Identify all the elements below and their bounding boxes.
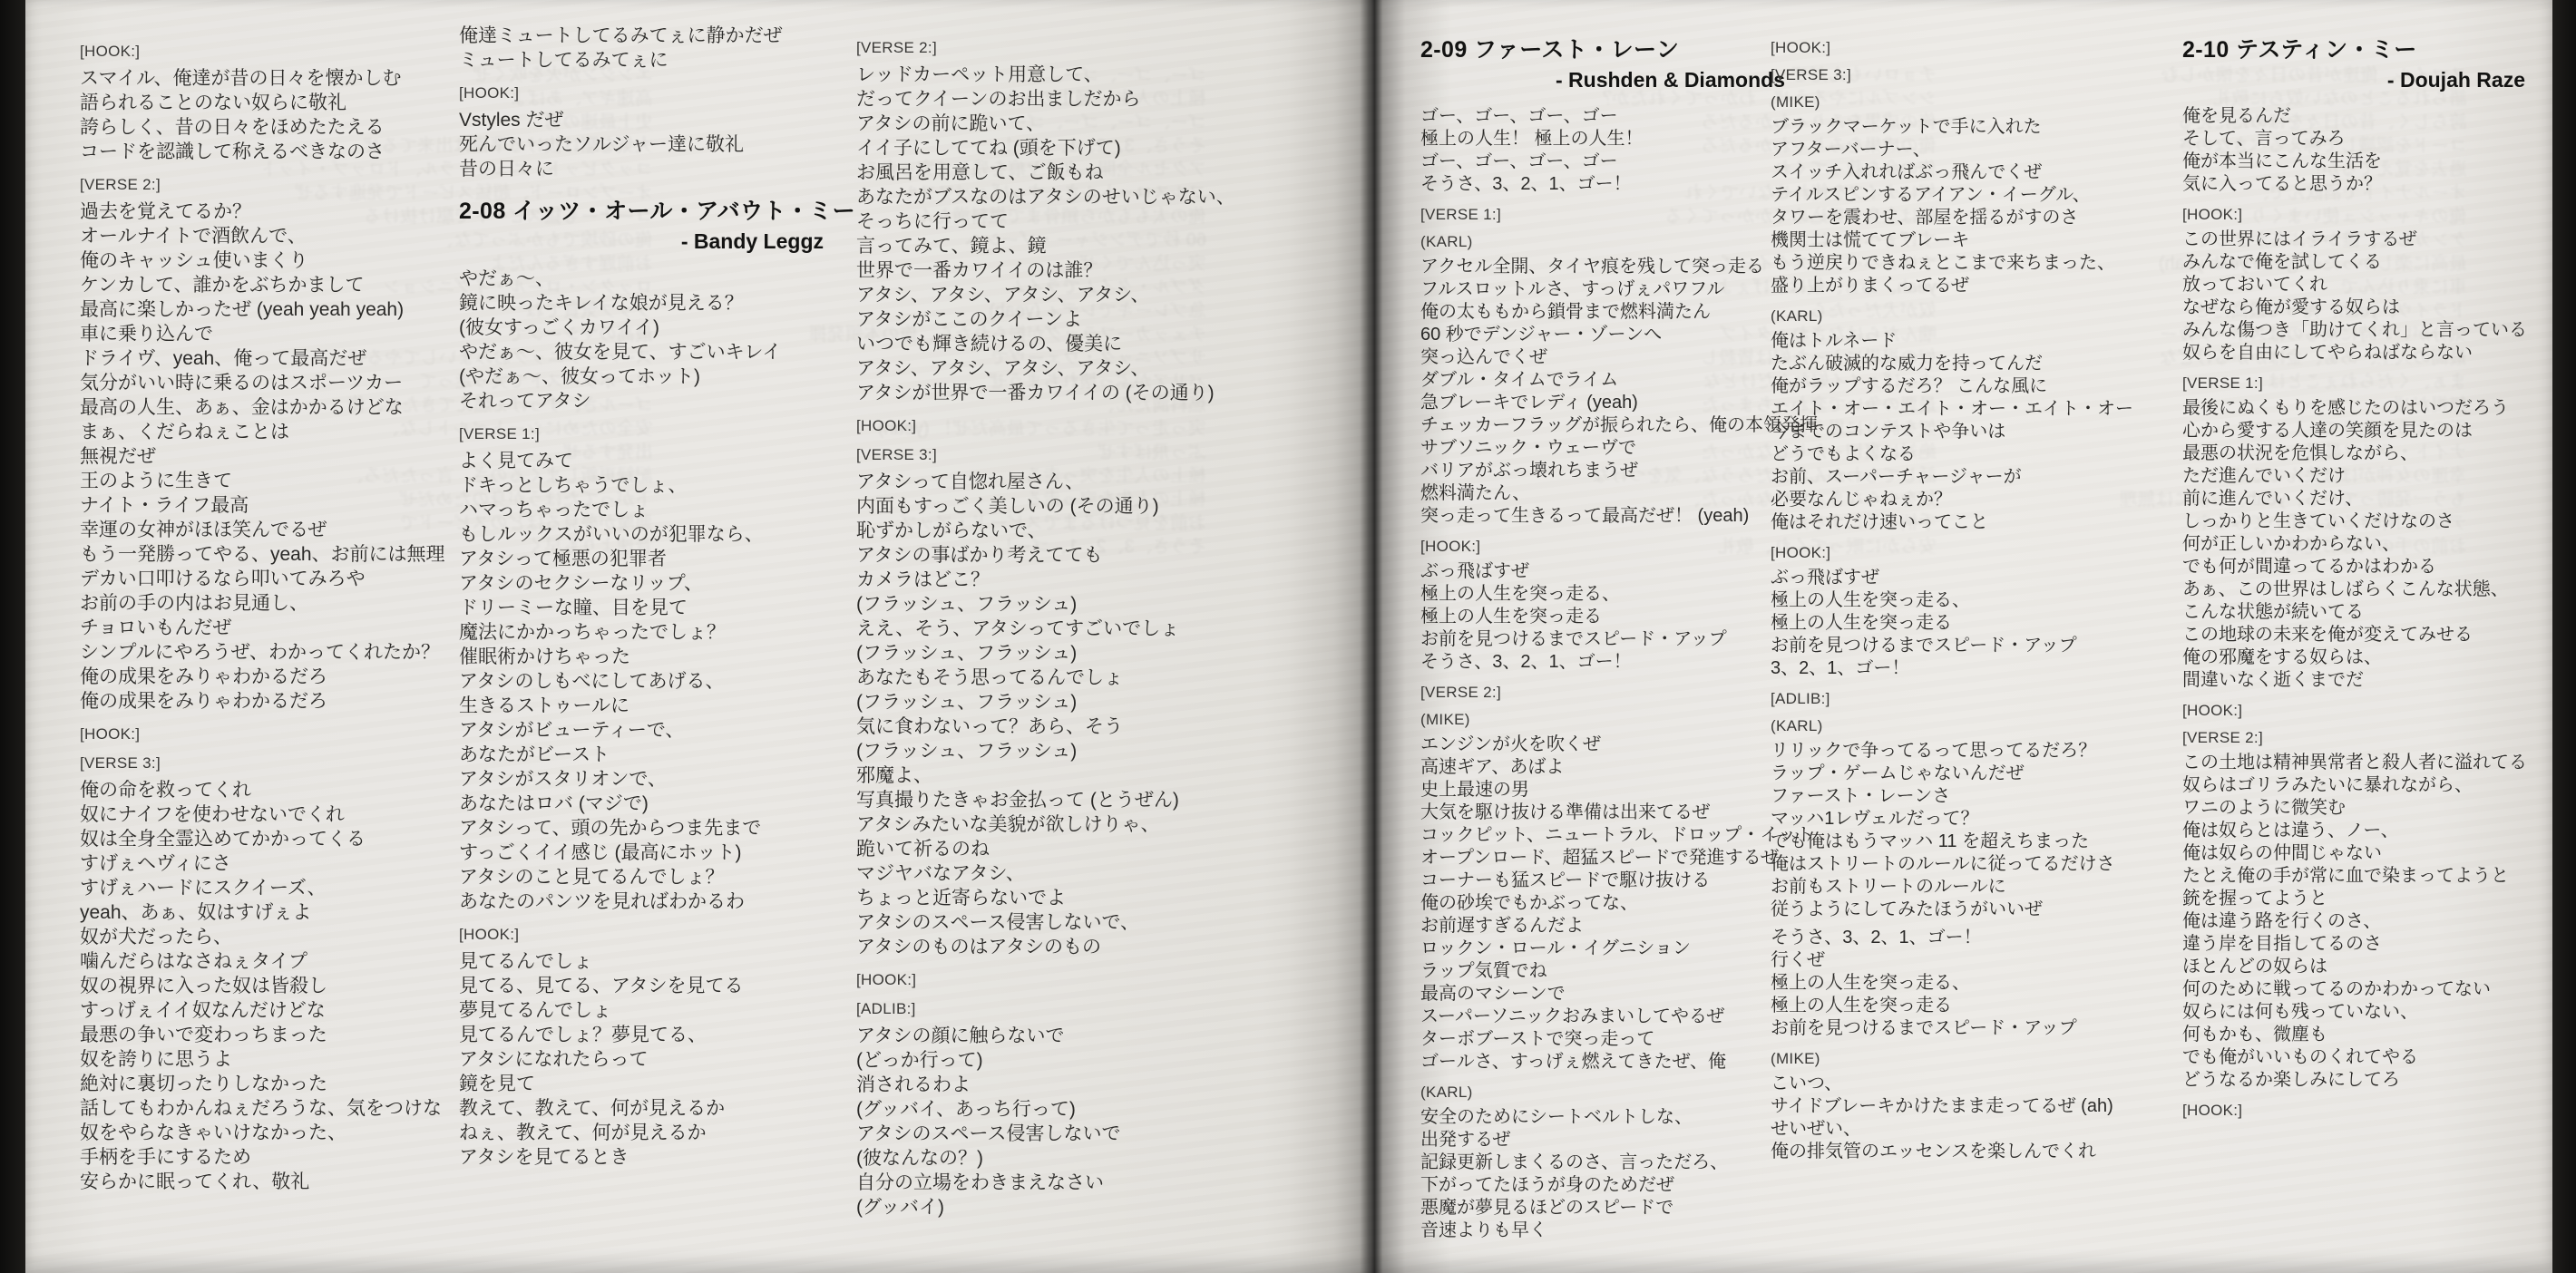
lyric-line: ターボブーストで突っ走って: [1420, 1028, 1816, 1051]
section-label: (MIKE): [1771, 1050, 2157, 1067]
lyric-line: 何もかも、微塵も: [2182, 1024, 2556, 1046]
lyric-line: 夢見てるんでしょ: [459, 998, 854, 1023]
lyric-block: エンジンが火を吹くぜ高速ギア、あばよ史上最速の男大気を駆け抜ける準備は出来てるぜ…: [1420, 734, 1816, 1074]
lyric-line: あなたがビースト: [459, 743, 854, 767]
lyric-line: 恥ずかしがらないで、: [856, 519, 1286, 543]
lyric-line: マジヤバなアタシ、: [856, 861, 1286, 886]
lyric-line: 3、2、1、ゴー！: [1771, 657, 2157, 680]
lyric-line: yeah、あぁ、奴はすげぇよ: [80, 900, 472, 925]
lyric-line: そうさ、3、2、1、ゴー！: [1420, 651, 1816, 674]
section-label: [HOOK:]: [80, 43, 472, 60]
lyric-line: すげぇハードにスクイーズ、: [80, 876, 472, 900]
lyric-line: アタシの事ばかり考えてても: [856, 543, 1286, 568]
lyric-line: 世界で一番カワイイのは誰？: [856, 258, 1286, 283]
section-label: [HOOK:]: [80, 725, 472, 743]
section-label: [HOOK:]: [856, 417, 1286, 434]
section-label: [ADLIB:]: [856, 1000, 1286, 1017]
lyric-block: アクセル全開、タイヤ痕を残して突っ走るフルスロットルさ、すっげぇパワフル俺の太も…: [1420, 256, 1816, 528]
lyric-line: Vstyles だぜ: [459, 108, 854, 132]
lyric-line: あぁ、この世界はしばらくこんな状態、: [2182, 578, 2556, 601]
lyric-line: 極上の人生を突っ走る、: [1771, 972, 2157, 995]
lyric-line: どうでもよくなる: [1771, 443, 2157, 466]
lyric-line: スマイル、俺達が昔の日々を懐かしむ: [80, 66, 472, 91]
lyric-line: アタシがビューティーで、: [459, 718, 854, 743]
lyric-line: 最悪の争いで変わっちまった: [80, 1023, 472, 1047]
lyric-line: オープンロード、超猛スピードで発進するぜ: [1420, 847, 1816, 870]
lyric-line: 奴を誇りに思うよ: [80, 1047, 472, 1072]
lyric-line: 盛り上がりまくってるぜ: [1771, 275, 2157, 297]
lyric-line: 絶対に裏切ったりしなかった: [80, 1072, 472, 1096]
lyric-line: マッハ1レヴェルだって？: [1771, 808, 2157, 831]
lyric-line: 見てるんでしょ: [459, 949, 854, 974]
track-artist: - Doujah Raze: [2182, 67, 2556, 92]
lyric-line: いつでも輝き続けるの、優美に: [856, 332, 1286, 356]
lyric-line: この土地は精神異常者と殺人者に溢れてる: [2182, 752, 2556, 774]
lyric-block: よく見てみてドキっとしちゃうでしょ、ハマっちゃったでしょもしルックスがいいのが犯…: [459, 449, 854, 914]
lyric-line: あなたがブスなのはアタシのせいじゃない、: [856, 185, 1286, 209]
lyric-line: 従うようにしてみたほうがいいぜ: [1771, 899, 2157, 921]
lyric-line: お風呂を用意して、ご飯もね: [856, 160, 1286, 185]
lyric-line: (どっか行って): [856, 1048, 1286, 1073]
lyric-line: 幸運の女神がほほ笑んでるぜ: [80, 518, 472, 542]
lyric-line: (グッバイ、あっち行って): [856, 1097, 1286, 1122]
lyric-line: ただ進んでいくだけ: [2182, 465, 2556, 488]
lyric-line: アタシのこと見てるんでしょ？: [459, 865, 854, 889]
lyric-line: 俺達ミュートしてるみてぇに静かだぜ: [459, 24, 854, 48]
lyric-line: 音速よりも早く: [1420, 1220, 1816, 1242]
lyric-line: 最高に楽しかったぜ (yeah yeah yeah): [80, 297, 472, 322]
lyric-block: 過去を覚えてるか？オールナイトで酒飲んで、俺のキャッシュ使いまくりケンカして、誰…: [80, 199, 472, 714]
lyric-line: (フラッシュ、フラッシュ): [856, 739, 1286, 763]
lyric-line: 自分の立場をわきまえなさい: [856, 1171, 1286, 1195]
lyric-line: 昔の日々に: [459, 157, 854, 181]
lyric-line: 突っ込んでくぜ: [1420, 346, 1816, 369]
lyric-line: 王のように生きて: [80, 469, 472, 493]
lyric-line: アタシのスペース侵害しないで: [856, 1122, 1286, 1146]
lyric-line: ドリーミーな瞳、目を見て: [459, 596, 854, 620]
lyric-line: お前を見つけるまでスピード・アップ: [1771, 635, 2157, 657]
lyric-line: 俺の砂埃でもかぶってな、: [1420, 892, 1816, 915]
lyric-line: 今までのコンテストや争いは: [1771, 421, 2157, 443]
section-label: [VERSE 2:]: [856, 39, 1286, 56]
lyric-line: アタシのセクシーなリップ、: [459, 571, 854, 596]
lyric-line: ぶっ飛ばすぜ: [1420, 560, 1816, 583]
lyric-line: 俺は違う路を行くのさ、: [2182, 910, 2556, 933]
section-label: [HOOK:]: [1771, 544, 2157, 561]
lyric-line: 俺のキャッシュ使いまくり: [80, 248, 472, 273]
lyric-line: お前、スーパーチャージャーが: [1771, 466, 2157, 489]
lyric-line: レッドカーペット用意して、: [856, 63, 1286, 87]
lyric-line: どうなるか楽しみにしてろ: [2182, 1069, 2556, 1092]
lyrics-column-3: [VERSE 2:]レッドカーペット用意して、だってクイーンのお出ましだからアタ…: [856, 27, 1286, 1225]
lyric-line: ええ、そう、アタシってすごいでしょ: [856, 617, 1286, 641]
lyric-line: なぜなら俺が愛する奴らは: [2182, 296, 2556, 319]
section-label: [ADLIB:]: [1771, 690, 2157, 707]
lyric-line: 噛んだらはなさねぇタイプ: [80, 949, 472, 974]
section-label: [VERSE 3:]: [1771, 66, 2157, 83]
lyric-line: カメラはどこ？: [856, 568, 1286, 592]
lyric-line: しっかりと生きていくだけなのさ: [2182, 510, 2556, 533]
lyric-block: Vstyles だぜ死んでいったソルジャー達に敬礼昔の日々に: [459, 108, 854, 181]
lyric-line: 放っておいてくれ: [2182, 274, 2556, 296]
lyric-line: チョロいもんだぜ: [80, 616, 472, 640]
lyric-line: あなたのパンツを見ればわかるわ: [459, 889, 854, 914]
lyric-line: 邪魔よ、: [856, 763, 1286, 788]
lyric-line: ナイト・ライフ最高: [80, 493, 472, 518]
lyric-line: ロックン・ロール・イグニション: [1420, 938, 1816, 960]
lyric-block: 見てるんでしょ見てる、見てる、アタシを見てる夢見てるんでしょ見てるんでしょ？夢見…: [459, 949, 854, 1170]
lyric-line: アタシって自惚れ屋さん、: [856, 470, 1286, 494]
section-label: [VERSE 2:]: [80, 176, 472, 193]
track-artist: - Bandy Leggz: [459, 228, 854, 254]
lyric-line: テイルスピンするアイアン・イーグル、: [1771, 184, 2157, 207]
lyric-line: サブソニック・ウェーヴで: [1420, 437, 1816, 460]
lyric-line: スイッチ入れればぶっ飛んでくぜ: [1771, 161, 2157, 184]
lyric-line: 間違いなく逝くまでだ: [2182, 669, 2556, 692]
lyric-line: ドキっとしちゃうでしょ、: [459, 473, 854, 498]
lyric-line: 奴にナイフを使わせないでくれ: [80, 802, 472, 827]
lyric-line: 記録更新しまくるのさ、言っただろ、: [1420, 1152, 1816, 1174]
lyric-line: (フラッシュ、フラッシュ): [856, 592, 1286, 617]
lyric-line: だってクイーンのお出ましだから: [856, 87, 1286, 112]
lyric-line: (フラッシュ、フラッシュ): [856, 690, 1286, 714]
lyric-line: 鏡に映ったキレイな娘が見える？: [459, 291, 854, 316]
track-title: 2-08 イッツ・オール・アバウト・ミー: [459, 198, 854, 225]
lyric-line: ねぇ、教えて、何が見えるか: [459, 1121, 854, 1145]
lyric-line: こんな状態が続いてる: [2182, 601, 2556, 624]
lyric-line: 行くぜ: [1771, 949, 2157, 972]
lyric-line: 俺がラップするだろ？ こんな風に: [1771, 375, 2157, 398]
lyric-line: 必要なんじゃねぇか？: [1771, 489, 2157, 511]
lyric-line: 気分がいい時に乗るのはスポーツカー: [80, 371, 472, 395]
lyric-line: 俺は奴らとは違う、ノー、: [2182, 820, 2556, 842]
lyric-line: 気に入ってると思うか？: [2182, 173, 2556, 196]
lyric-line: 極上の人生を突っ走る: [1420, 606, 1816, 628]
lyric-line: まぁ、くだらねぇことは: [80, 420, 472, 444]
lyric-block: 俺の命を救ってくれ奴にナイフを使わせないでくれ奴は全身全霊込めてかかってくるすげ…: [80, 778, 472, 1194]
lyric-line: アタシを見てるとき: [459, 1145, 854, 1170]
lyric-line: (やだぁ〜、彼女ってホット): [459, 364, 854, 389]
lyric-block: 俺を見るんだそして、言ってみろ俺が本当にこんな生活を気に入ってると思うか？: [2182, 105, 2556, 196]
lyric-line: 何が正しいかわからない、: [2182, 533, 2556, 556]
lyric-block: ゴー、ゴー、ゴー、ゴー極上の人生！ 極上の人生！ゴー、ゴー、ゴー、ゴーそうさ、3…: [1420, 105, 1816, 196]
lyric-line: 大気を駆け抜ける準備は出来てるぜ: [1420, 802, 1816, 824]
lyric-line: シンプルにやろうぜ、わかってくれたか？: [80, 640, 472, 665]
lyric-line: 見てる、見てる、アタシを見てる: [459, 974, 854, 998]
lyric-line: ゴー、ゴー、ゴー、ゴー: [1420, 105, 1816, 128]
lyric-line: この地球の未来を俺が変えてみせる: [2182, 624, 2556, 646]
lyric-line: 俺の成果をみりゃわかるだろ: [80, 689, 472, 714]
lyric-line: (フラッシュ、フラッシュ): [856, 641, 1286, 666]
lyric-line: 最後にぬくもりを感じたのはいつだろう: [2182, 397, 2556, 420]
lyric-line: 誇らしく、昔の日々をほめたたえる: [80, 115, 472, 140]
lyric-line: やだぁ〜、彼女を見て、すごいキレイ: [459, 340, 854, 364]
lyric-line: 教えて、教えて、何が見えるか: [459, 1096, 854, 1121]
lyric-line: 消されるわよ: [856, 1073, 1286, 1097]
lyric-line: ゴー、ゴー、ゴー、ゴー: [1420, 151, 1816, 173]
lyric-line: ほとんどの奴らは: [2182, 956, 2556, 978]
lyric-line: たぶん破滅的な威力を持ってんだ: [1771, 353, 2157, 375]
lyric-line: すっごくイイ感じ (最高にホット): [459, 841, 854, 865]
lyric-line: でも何が間違ってるかはわかる: [2182, 556, 2556, 578]
lyric-line: みんなで俺を試してくる: [2182, 251, 2556, 274]
lyric-line: 俺の太ももから鎖骨まで燃料満たん: [1420, 301, 1816, 324]
lyric-line: 極上の人生を突っ走る、: [1771, 589, 2157, 612]
section-label: [VERSE 3:]: [856, 446, 1286, 463]
section-label: (KARL): [1771, 307, 2157, 325]
lyric-line: もう逆戻りできねぇとこまで来ちまった、: [1771, 252, 2157, 275]
lyric-block: こいつ、サイドブレーキかけたまま走ってるぜ (ah)せいぜい、俺の排気管のエッセ…: [1771, 1073, 2157, 1163]
lyric-line: 鏡を見て: [459, 1072, 854, 1096]
lyric-block: アタシって自惚れ屋さん、内面もすっごく美しいの (その通り)恥ずかしがらないで、…: [856, 470, 1286, 959]
section-label: [VERSE 2:]: [1420, 684, 1816, 701]
lyric-line: 俺の排気管のエッセンスを楽しんでくれ: [1771, 1141, 2157, 1163]
section-label: (KARL): [1771, 717, 2157, 734]
section-label: [HOOK:]: [2182, 1102, 2556, 1119]
lyric-line: やだぁ〜、: [459, 267, 854, 291]
lyric-line: 俺はトルネード: [1771, 330, 2157, 353]
lyric-line: 心から愛する人達の笑顔を見たのは: [2182, 420, 2556, 442]
lyric-line: ぶっ飛ばすぜ: [1771, 567, 2157, 589]
lyric-block: 安全のためにシートベルトしな、出発するぜ記録更新しまくるのさ、言っただろ、下がっ…: [1420, 1106, 1816, 1242]
lyric-line: 何のために戦ってるのかわかってない: [2182, 978, 2556, 1001]
section-label: [VERSE 3:]: [80, 754, 472, 772]
lyric-line: 違う岸を目指してるのさ: [2182, 933, 2556, 956]
lyric-line: ケンカして、誰かをぶちかまして: [80, 273, 472, 297]
lyric-line: それってアタシ: [459, 389, 854, 413]
lyric-line: フルスロットルさ、すっげぇパワフル: [1420, 278, 1816, 301]
lyric-line: 安らかに眠ってくれ、敬礼: [80, 1170, 472, 1194]
lyric-line: 奴は全身全霊込めてかかってくる: [80, 827, 472, 851]
lyric-line: デカい口叩けるなら叩いてみろや: [80, 567, 472, 591]
lyric-line: 俺が本当にこんな生活を: [2182, 151, 2556, 173]
lyric-line: お前もストリートのルールに: [1771, 876, 2157, 899]
lyric-line: 奴の視界に入った奴は皆殺し: [80, 974, 472, 998]
lyric-line: あなたはロバ (マジで): [459, 792, 854, 816]
lyric-line: 気に食わないって？あら、そう: [856, 714, 1286, 739]
lyric-line: 急ブレーキでレディ (yeah): [1420, 392, 1816, 414]
lyric-block: アタシの顔に触らないで(どっか行って)消されるわよ(グッバイ、あっち行って)アタ…: [856, 1024, 1286, 1220]
lyric-line: 奴らを自由にしてやらねばならない: [2182, 342, 2556, 364]
lyric-line: こいつ、: [1771, 1073, 2157, 1095]
lyric-line: アタシがここのクイーンよ: [856, 307, 1286, 332]
scan-edge-left: [0, 0, 25, 1273]
section-label: (KARL): [1420, 233, 1816, 250]
lyric-line: 極上の人生を突っ走る: [1771, 612, 2157, 635]
lyric-line: 最高の人生、あぁ、金はかかるけどな: [80, 395, 472, 420]
lyric-line: 下がってたほうが身のためだぜ: [1420, 1174, 1816, 1197]
lyric-line: 俺の命を救ってくれ: [80, 778, 472, 802]
scan-edge-right: [2552, 0, 2576, 1273]
lyric-block: この土地は精神異常者と殺人者に溢れてる奴らはゴリラみたいに暴れながら、ワニのよう…: [2182, 752, 2556, 1092]
lyric-line: ラップ気質でね: [1420, 960, 1816, 983]
lyric-line: チェッカーフラッグが振られたら、俺の本領発揮: [1420, 414, 1816, 437]
lyric-line: アタシのものはアタシのもの: [856, 935, 1286, 959]
lyrics-column-5: [HOOK:][VERSE 3:](MIKE)ブラックマーケットで手に入れたアフ…: [1771, 29, 2157, 1169]
lyric-line: 内面もすっごく美しいの (その通り): [856, 494, 1286, 519]
lyric-line: 俺を見るんだ: [2182, 105, 2556, 128]
section-label: [HOOK:]: [1771, 39, 2157, 56]
section-label: [HOOK:]: [459, 926, 854, 943]
lyric-line: エンジンが火を吹くぜ: [1420, 734, 1816, 756]
lyric-block: リリックで争ってるって思ってるだろ？ラップ・ゲームじゃないんだぜファースト・レー…: [1771, 740, 2157, 921]
lyric-line: 俺は奴らの仲間じゃない: [2182, 842, 2556, 865]
lyric-line: 語られることのない奴らに敬礼: [80, 91, 472, 115]
lyric-line: ダブル・タイムでライム: [1420, 369, 1816, 392]
lyric-line: サイドブレーキかけたまま走ってるぜ (ah): [1771, 1095, 2157, 1118]
lyric-line: ゴールさ、すっげぇ燃えてきたぜ、俺: [1420, 1051, 1816, 1074]
lyric-line: 機関士は慌ててブレーキ: [1771, 229, 2157, 252]
lyric-line: アタシって、頭の先からつま先まで: [459, 816, 854, 841]
section-label: [HOOK:]: [2182, 702, 2556, 719]
lyric-line: お前の手の内はお見通し、: [80, 591, 472, 616]
section-label: [HOOK:]: [459, 84, 854, 102]
track-artist: - Rushden & Diamonds: [1420, 67, 1816, 92]
lyric-line: アタシのしもべにしてあげる、: [459, 669, 854, 694]
lyric-line: アタシがスタリオンで、: [459, 767, 854, 792]
lyrics-column-4: 2-09 ファースト・レーン- Rushden & Diamondsゴー、ゴー、…: [1420, 33, 1816, 1248]
lyric-line: コックピット、ニュートラル、ドロップ・イット: [1420, 824, 1816, 847]
lyric-line: 史上最速の男: [1420, 779, 1816, 802]
lyric-line: 悪魔が夢見るほどのスピードで: [1420, 1197, 1816, 1220]
section-label: (MIKE): [1771, 93, 2157, 111]
lyric-line: 死んでいったソルジャー達に敬礼: [459, 132, 854, 157]
lyric-block: レッドカーペット用意して、だってクイーンのお出ましだからアタシの前に跪いて、イイ…: [856, 63, 1286, 405]
lyric-line: アタシみたいな美貌が欲しけりゃ、: [856, 812, 1286, 837]
lyrics-column-2: 俺達ミュートしてるみてぇに静かだぜミュートしてるみてぇに[HOOK:]Vstyl…: [459, 24, 854, 1175]
section-label: [HOOK:]: [856, 971, 1286, 988]
lyric-line: お前を見つけるまでスピード・アップ: [1771, 1017, 2157, 1040]
lyric-line: あなたもそう思ってるんでしょ: [856, 666, 1286, 690]
lyric-line: スーパーソニックおみまいしてやるぜ: [1420, 1006, 1816, 1028]
lyric-line: 前に進んでいくだけ、: [2182, 488, 2556, 510]
lyric-line: たとえ俺の手が常に血で染まってようと: [2182, 865, 2556, 888]
lyric-block: この世界にはイライラするぜみんなで俺を試してくる放っておいてくれなぜなら俺が愛す…: [2182, 228, 2556, 364]
lyric-line: もう一発勝ってやる、yeah、お前には無理: [80, 542, 472, 567]
lyric-line: 催眠術かけちゃった: [459, 645, 854, 669]
lyric-line: ワニのように微笑む: [2182, 797, 2556, 820]
lyric-line: よく見てみて: [459, 449, 854, 473]
lyric-line: ハマっちゃったでしょ: [459, 498, 854, 522]
lyric-line: (彼女すっごくカワイイ): [459, 316, 854, 340]
lyric-line: 見てるんでしょ？夢見てる、: [459, 1023, 854, 1047]
lyric-line: ミュートしてるみてぇに: [459, 48, 854, 73]
lyric-line: ちょっと近寄らないでよ: [856, 886, 1286, 910]
lyric-line: そうさ、3、2、1、ゴー！: [1771, 927, 2157, 949]
lyric-line: お前を見つけるまでスピード・アップ: [1420, 628, 1816, 651]
track-heading: 2-09 ファースト・レーン- Rushden & Diamonds: [1420, 36, 1816, 92]
lyric-line: 燃料満たん、: [1420, 482, 1816, 505]
lyric-line: 手柄を手にするため: [80, 1145, 472, 1170]
lyrics-column-1: [HOOK:]スマイル、俺達が昔の日々を懐かしむ語られることのない奴らに敬礼誇ら…: [80, 31, 472, 1200]
lyric-line: 奴が犬だったら、: [80, 925, 472, 949]
section-label: [VERSE 1:]: [2182, 374, 2556, 392]
lyric-line: 奴をやらなきゃいけなかった、: [80, 1121, 472, 1145]
lyric-line: アタシの前に跪いて、: [856, 112, 1286, 136]
lyric-line: 無視だぜ: [80, 444, 472, 469]
lyric-line: アタシが世界で一番カワイイの (その通り): [856, 381, 1286, 405]
lyrics-column-6: 2-10 テスティン・ミー- Doujah Raze俺を見るんだそして、言ってみ…: [2182, 33, 2556, 1124]
lyric-line: 車に乗り込んで: [80, 322, 472, 346]
lyric-block: 俺はトルネードたぶん破滅的な威力を持ってんだ俺がラップするだろ？ こんな風にエイ…: [1771, 330, 2157, 534]
lyric-line: アタシになれたらって: [459, 1047, 854, 1072]
lyric-line: 写真撮りたきゃお金払って (とうぜん): [856, 788, 1286, 812]
lyric-line: そっちに行ってて: [856, 209, 1286, 234]
lyric-line: 俺の成果をみりゃわかるだろ: [80, 665, 472, 689]
lyric-line: 銃を握ってようと: [2182, 888, 2556, 910]
track-heading: 2-08 イッツ・オール・アバウト・ミー- Bandy Leggz: [459, 198, 854, 254]
lyric-line: ドライヴ、yeah、俺って最高だぜ: [80, 346, 472, 371]
lyric-line: 奴らはゴリラみたいに暴れながら、: [2182, 774, 2556, 797]
lyric-block: ぶっ飛ばすぜ極上の人生を突っ走る、極上の人生を突っ走るお前を見つけるまでスピード…: [1771, 567, 2157, 680]
lyric-line: アタシのスペース侵害しないで、: [856, 910, 1286, 935]
lyric-block: やだぁ〜、鏡に映ったキレイな娘が見える？(彼女すっごくカワイイ)やだぁ〜、彼女を…: [459, 267, 854, 413]
lyric-line: 話してもわかんねぇだろうな、気をつけな: [80, 1096, 472, 1121]
lyric-line: 跪いて祈るのね: [856, 837, 1286, 861]
lyric-line: 極上の人生を突っ走る、: [1420, 583, 1816, 606]
section-label: [VERSE 1:]: [1420, 206, 1816, 223]
lyric-line: ラップ・ゲームじゃないんだぜ: [1771, 763, 2157, 785]
lyric-block: そうさ、3、2、1、ゴー！行くぜ極上の人生を突っ走る、極上の人生を突っ走るお前を…: [1771, 927, 2157, 1040]
lyric-line: 安全のためにシートベルトしな、: [1420, 1106, 1816, 1129]
lyric-line: アタシの顔に触らないで: [856, 1024, 1286, 1048]
lyric-block: ぶっ飛ばすぜ極上の人生を突っ走る、極上の人生を突っ走るお前を見つけるまでスピード…: [1420, 560, 1816, 674]
lyric-line: アフターバーナー、: [1771, 139, 2157, 161]
section-label: [VERSE 2:]: [2182, 729, 2556, 746]
lyric-line: そして、言ってみろ: [2182, 128, 2556, 151]
lyric-line: 極上の人生を突っ走る: [1771, 995, 2157, 1017]
lyric-line: 奴らには何も残っていない、: [2182, 1001, 2556, 1024]
lyric-line: すげぇヘヴィにさ: [80, 851, 472, 876]
lyric-line: せいぜい、: [1771, 1118, 2157, 1141]
lyric-line: タワーを震わせ、部屋を揺るがすのさ: [1771, 207, 2157, 229]
section-label: [VERSE 1:]: [459, 425, 854, 442]
track-title: 2-09 ファースト・レーン: [1420, 36, 1816, 63]
gutter-shadow: [1288, 0, 1451, 1273]
lyric-line: みんな傷つき「助けてくれ」と言っている: [2182, 319, 2556, 342]
section-label: (KARL): [1420, 1084, 1816, 1101]
lyric-line: この世界にはイライラするぜ: [2182, 228, 2556, 251]
lyric-line: でも俺がいいものくれてやる: [2182, 1046, 2556, 1069]
section-label: (MIKE): [1420, 711, 1816, 728]
lyric-line: 最悪の状況を危惧しながら、: [2182, 442, 2556, 465]
lyric-line: 魔法にかかっちゃったでしょ？: [459, 620, 854, 645]
lyric-line: 過去を覚えてるか？: [80, 199, 472, 224]
lyric-line: でも俺はもうマッハ 11 を超えちまった: [1771, 831, 2157, 853]
lyric-line: バリアがぶっ壊れちまうぜ: [1420, 460, 1816, 482]
lyric-line: エイト・オー・エイト・オー・エイト・オー: [1771, 398, 2157, 421]
lyric-line: オールナイトで酒飲んで、: [80, 224, 472, 248]
lyric-line: 俺の邪魔をする奴らは、: [2182, 646, 2556, 669]
lyric-line: 俺はストリートのルールに従ってるだけさ: [1771, 853, 2157, 876]
track-heading: 2-10 テスティン・ミー- Doujah Raze: [2182, 36, 2556, 92]
lyric-block: 最後にぬくもりを感じたのはいつだろう心から愛する人達の笑顔を見たのは最悪の状況を…: [2182, 397, 2556, 692]
lyric-line: アタシ、アタシ、アタシ、アタシ、: [856, 283, 1286, 307]
lyric-line: 極上の人生！ 極上の人生！: [1420, 128, 1816, 151]
lyric-line: そうさ、3、2、1、ゴー！: [1420, 173, 1816, 196]
lyric-line: 出発するぜ: [1420, 1129, 1816, 1152]
lyric-line: 高速ギア、あばよ: [1420, 756, 1816, 779]
lyric-line: 俺はそれだけ速いってこと: [1771, 511, 2157, 534]
lyric-line: (彼なんなの？): [856, 1146, 1286, 1171]
lyric-line: すっげぇイイ奴なんだけどな: [80, 998, 472, 1023]
lyric-line: お前遅すぎるんだよ: [1420, 915, 1816, 938]
booklet-scan: ゴー、ゴー、ゴー、ゴー極上の人生！ 極上の人生！ゴー、ゴー、ゴー、ゴーそうさ、3…: [0, 0, 2576, 1273]
lyric-line: リリックで争ってるって思ってるだろ？: [1771, 740, 2157, 763]
lyric-block: 俺達ミュートしてるみてぇに静かだぜミュートしてるみてぇに: [459, 24, 854, 73]
lyric-line: 60 秒でデンジャー・ゾーンへ: [1420, 324, 1816, 346]
lyric-block: ブラックマーケットで手に入れたアフターバーナー、スイッチ入れればぶっ飛んでくぜテ…: [1771, 116, 2157, 297]
